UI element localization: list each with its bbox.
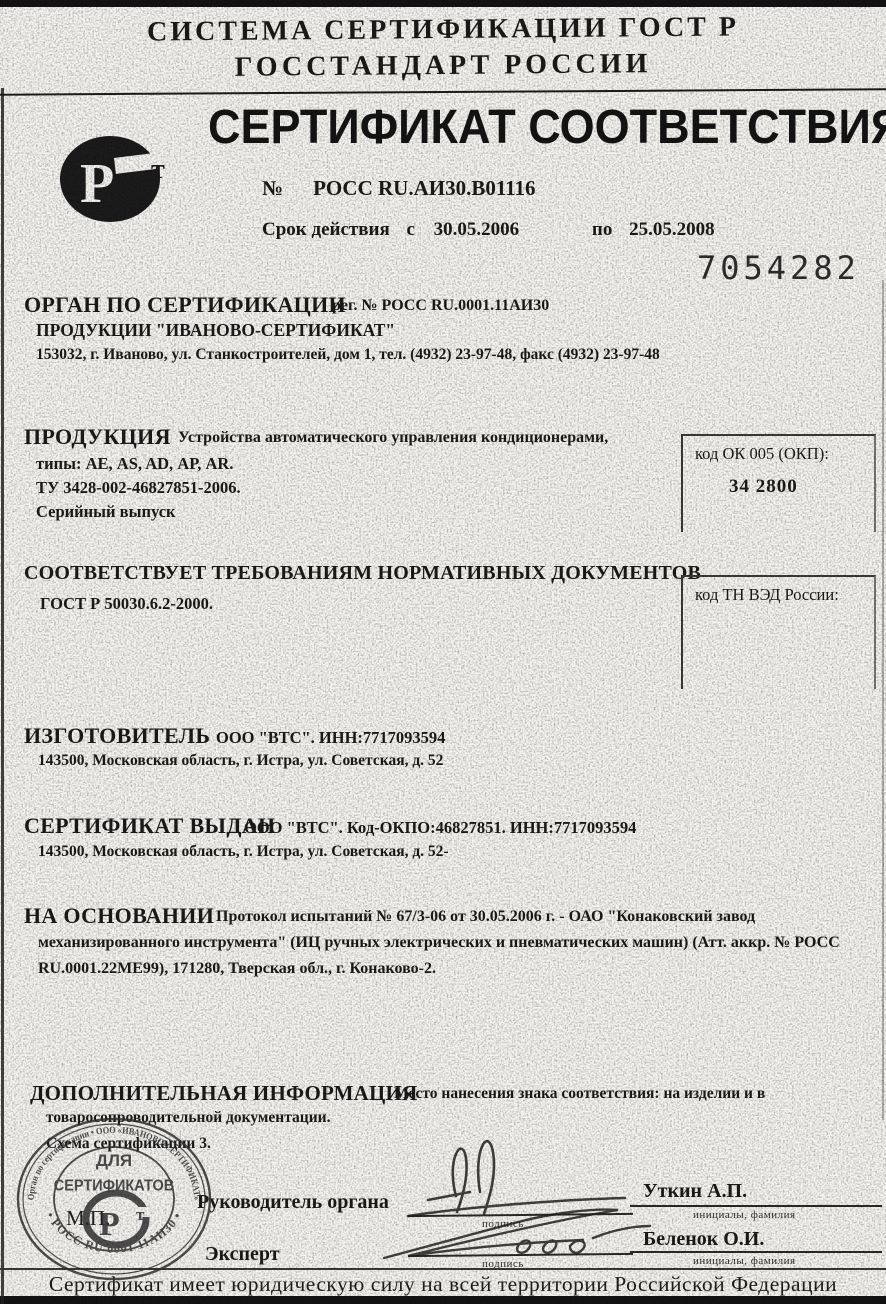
document-title: СЕРТИФИКАТ СООТВЕТСТВИЯ: [208, 99, 886, 155]
okp-code-label: код ОК 005 (ОКП):: [683, 436, 874, 464]
okp-code-box: код ОК 005 (ОКП): 34 2800: [681, 434, 876, 532]
basis-line3: RU.0001.22МЕ99), 171280, Тверская обл., …: [38, 960, 436, 978]
svg-text:т: т: [136, 1205, 145, 1224]
expert-name-caption: инициалы, фамилия: [693, 1255, 796, 1267]
product-description: Устройства автоматического управления ко…: [178, 429, 608, 447]
additional-line1: Место нанесения знака соответствия: на и…: [394, 1085, 765, 1103]
tnved-code-box: код ТН ВЭД России:: [681, 575, 876, 689]
header-divider: [0, 88, 886, 95]
validity-to-date: 25.05.2008: [629, 219, 715, 240]
validity-from-label: с: [406, 219, 414, 240]
organ-name: ПРОДУКЦИИ "ИВАНОВО-СЕРТИФИКАТ": [36, 320, 395, 341]
certificate-page: СИСТЕМА СЕРТИФИКАЦИИ ГОСТ Р ГОССТАНДАРТ …: [0, 0, 886, 1304]
manufacturer-heading: ИЗГОТОВИТЕЛЬ: [24, 723, 210, 749]
place-of-stamp-mark: М.П.: [66, 1206, 110, 1231]
validity-to-label: по: [592, 219, 612, 240]
stamp-seal-icon: Орган по сертификации • ООО «ИВАНОВО-СЕР…: [4, 1099, 226, 1304]
system-title-line2: ГОССТАНДАРТ РОССИИ: [0, 46, 886, 86]
basis-heading: НА ОСНОВАНИИ: [24, 903, 214, 929]
product-types: типы: АЕ, AS, AD, АР, AR.: [36, 454, 233, 474]
conformity-gost: ГОСТ Р 50030.6.2-2000.: [40, 594, 213, 614]
product-tu: ТУ 3428-002-46827851-2006.: [36, 478, 241, 498]
blank-serial-number: 7054282: [697, 249, 860, 287]
issued-address: 143500, Московская область, г. Истра, ул…: [38, 843, 449, 861]
tnved-code-label: код ТН ВЭД России:: [683, 577, 874, 605]
organ-heading: ОРГАН ПО СЕРТИФИКАЦИИ: [24, 292, 346, 318]
organ-reg-number: рег. № РОСС RU.0001.11АИ30: [332, 297, 549, 315]
svg-text:т: т: [151, 154, 165, 185]
basis-line1: Протокол испытаний № 67/3-06 от 30.05.20…: [216, 908, 755, 926]
validity-from-date: 30.05.2006: [434, 219, 520, 240]
stamp-center-line1: ДЛЯ: [96, 1151, 132, 1170]
issued-heading: СЕРТИФИКАТ ВЫДАН: [24, 813, 275, 839]
certificate-number-row: №РОСС RU.АИ30.В01116: [262, 176, 536, 201]
organ-address: 153032, г. Иваново, ул. Станкостроителей…: [36, 346, 660, 364]
number-value: РОСС RU.АИ30.В01116: [313, 176, 535, 200]
issued-info: ООО "ВТС". Код-ОКПО:46827851. ИНН:771709…: [244, 818, 636, 838]
validity-row: Срок действия с 30.05.2006 по 25.05.2008: [262, 219, 715, 241]
rst-mark-icon: Р т: [58, 132, 184, 224]
page-edge-top: [0, 0, 886, 7]
product-issue-type: Серийный выпуск: [36, 502, 176, 522]
expert-name-line: [630, 1251, 882, 1253]
system-title-line1: СИСТЕМА СЕРТИФИКАЦИИ ГОСТ Р: [0, 10, 886, 50]
manufacturer-address: 143500, Московская область, г. Истра, ул…: [38, 752, 443, 770]
manufacturer-info: ООО "ВТС". ИНН:7717093594: [216, 728, 445, 748]
okp-code-value: 34 2800: [729, 476, 874, 498]
number-label: №: [262, 176, 283, 200]
page-edge-right: [882, 280, 884, 1120]
basis-line2: механизированного инструмента" (ИЦ ручны…: [38, 934, 840, 952]
product-heading: ПРОДУКЦИЯ: [24, 424, 171, 450]
validity-label: Срок действия: [262, 219, 390, 240]
svg-text:Р: Р: [80, 153, 114, 215]
head-name-caption: инициалы, фамилия: [693, 1209, 796, 1221]
conformity-heading: СООТВЕТСТВУЕТ ТРЕБОВАНИЯМ НОРМАТИВНЫХ ДО…: [24, 562, 701, 585]
expert-signature-scribble-icon: [378, 1198, 663, 1270]
head-name-line: [630, 1205, 882, 1207]
